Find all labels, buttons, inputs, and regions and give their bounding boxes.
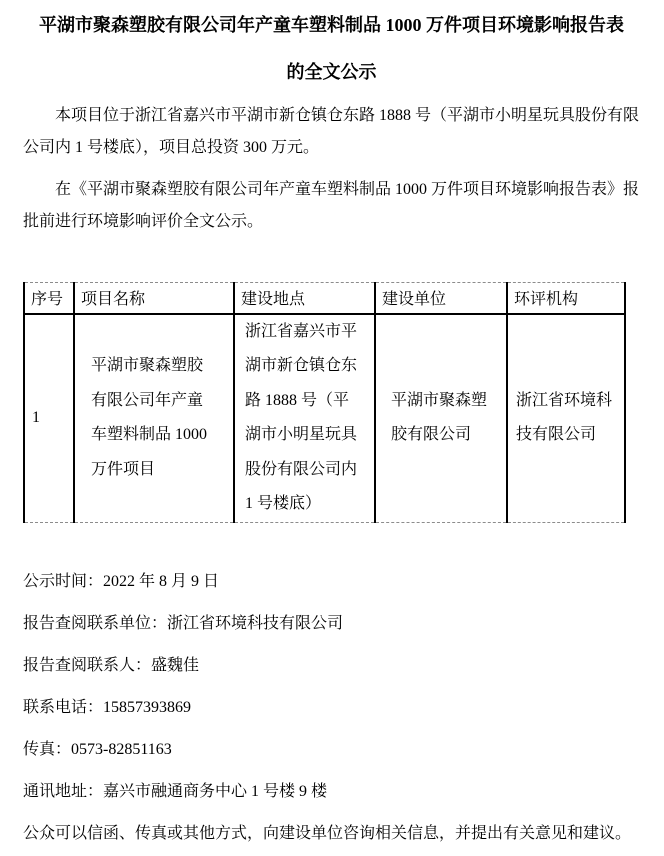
contact-block: 公示时间：2022 年 8 月 9 日 报告查阅联系单位：浙江省环境科技有限公司…	[23, 566, 640, 850]
cell-construction-unit: 平湖市聚森塑胶有限公司	[375, 314, 507, 523]
contact-fax: 传真：0573-82851163	[23, 734, 640, 766]
table-header-eia-agency: 环评机构	[507, 283, 625, 314]
table-header-construction-site: 建设地点	[234, 283, 375, 314]
contact-address: 通讯地址：嘉兴市融通商务中心 1 号楼 9 楼	[23, 776, 640, 808]
public-feedback-note: 公众可以信函、传真或其他方式，向建设单位咨询相关信息，并提出有关意见和建议。	[23, 818, 640, 850]
contact-report-unit: 报告查阅联系单位：浙江省环境科技有限公司	[23, 608, 640, 640]
intro-paragraph-disclosure: 在《平湖市聚森塑胶有限公司年产童车塑料制品 1000 万件项目环境影响报告表》报…	[23, 174, 640, 238]
table-header-construction-unit: 建设单位	[375, 283, 507, 314]
contact-publish-date: 公示时间：2022 年 8 月 9 日	[23, 566, 640, 598]
page-title-line-2: 的全文公示	[23, 49, 640, 96]
table-header-row: 序号 项目名称 建设地点 建设单位 环评机构	[24, 283, 625, 314]
cell-construction-site: 浙江省嘉兴市平湖市新仓镇仓东路 1888 号（平湖市小明星玩具股份有限公司内 1…	[234, 314, 375, 523]
page-title-line-1: 平湖市聚森塑胶有限公司年产童车塑料制品 1000 万件项目环境影响报告表	[23, 2, 640, 49]
contact-phone: 联系电话：15857393869	[23, 692, 640, 724]
table-header-project-name: 项目名称	[74, 283, 234, 314]
document-page: 平湖市聚森塑胶有限公司年产童车塑料制品 1000 万件项目环境影响报告表 的全文…	[0, 0, 664, 856]
intro-paragraph-project-location: 本项目位于浙江省嘉兴市平湖市新仓镇仓东路 1888 号（平湖市小明星玩具股份有限…	[23, 100, 640, 164]
contact-report-person: 报告查阅联系人：盛魏佳	[23, 650, 640, 682]
cell-project-name: 平湖市聚森塑胶有限公司年产童车塑料制品 1000 万件项目	[74, 314, 234, 523]
cell-eia-agency: 浙江省环境科技有限公司	[507, 314, 625, 523]
cell-seq: 1	[24, 314, 74, 523]
table-row: 1 平湖市聚森塑胶有限公司年产童车塑料制品 1000 万件项目 浙江省嘉兴市平湖…	[24, 314, 625, 523]
page-title: 平湖市聚森塑胶有限公司年产童车塑料制品 1000 万件项目环境影响报告表 的全文…	[23, 2, 640, 96]
project-info-table: 序号 项目名称 建设地点 建设单位 环评机构 1 平湖市聚森塑胶有限公司年产童车…	[23, 282, 626, 523]
table-header-seq: 序号	[24, 283, 74, 314]
